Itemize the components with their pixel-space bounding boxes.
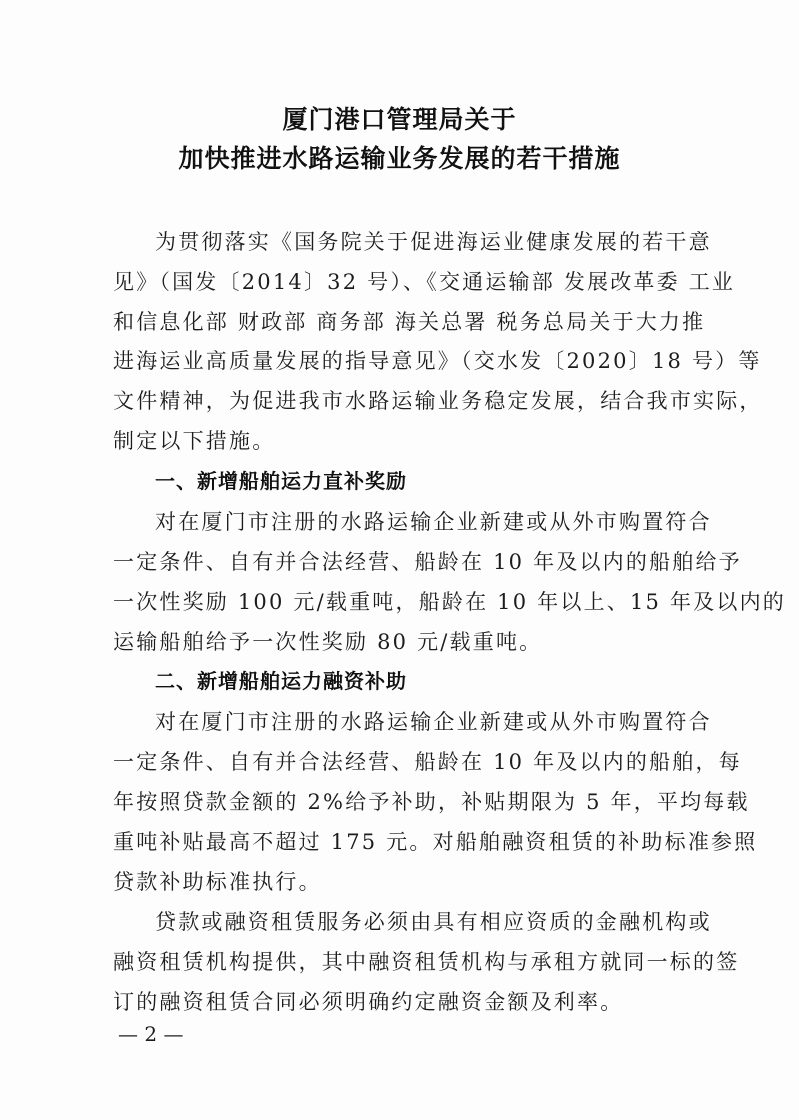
section2-heading: 二、新增船舶运力融资补助: [155, 665, 407, 694]
section2-line: 订的融资租赁合同必须明确约定融资金额及利率。: [113, 986, 713, 1016]
section1-line: 一定条件、自有并合法经营、船龄在 10 年及以内的船舶给予: [113, 546, 713, 576]
section2-line: 贷款或融资租赁服务必须由具有相应资质的金融机构或: [155, 906, 755, 936]
intro-line: 见》（国发〔2014〕32 号）、《交通运输部 发展改革委 工业: [113, 266, 713, 296]
section2-line: 融资租赁机构提供，其中融资租赁机构与承租方就同一标的签: [113, 946, 713, 976]
section1-heading: 一、新增船舶运力直补奖励: [155, 465, 407, 494]
intro-line: 进海运业高质量发展的指导意见》（交水发〔2020〕18 号）等: [113, 345, 713, 375]
section1-line: 对在厦门市注册的水路运输企业新建或从外市购置符合: [155, 506, 755, 536]
intro-line: 制定以下措施。: [113, 425, 713, 455]
document-page: 厦门港口管理局关于 加快推进水路运输业务发展的若干措施 为贯彻落实《国务院关于促…: [0, 0, 799, 1120]
section2-line: 一定条件、自有并合法经营、船龄在 10 年及以内的船舶，每: [113, 746, 713, 776]
page-number: — 2 —: [118, 1022, 183, 1046]
intro-line: 文件精神，为促进我市水路运输业务稳定发展，结合我市实际，: [113, 385, 713, 415]
document-title-line1: 厦门港口管理局关于: [0, 100, 799, 136]
section2-line: 年按照贷款金额的 2%给予补助，补贴期限为 5 年，平均每载: [113, 786, 713, 816]
document-title-line2: 加快推进水路运输业务发展的若干措施: [0, 139, 799, 175]
intro-line: 和信息化部 财政部 商务部 海关总署 税务总局关于大力推: [113, 306, 713, 336]
section2-line: 重吨补贴最高不超过 175 元。对船舶融资租赁的补助标准参照: [113, 826, 713, 856]
section1-line: 运输船舶给予一次性奖励 80 元/载重吨。: [113, 626, 713, 656]
section2-line: 对在厦门市注册的水路运输企业新建或从外市购置符合: [155, 706, 755, 736]
section2-line: 贷款补助标准执行。: [113, 866, 713, 896]
section1-line: 一次性奖励 100 元/载重吨，船龄在 10 年以上、15 年及以内的: [113, 586, 713, 616]
intro-line: 为贯彻落实《国务院关于促进海运业健康发展的若干意: [155, 226, 755, 256]
